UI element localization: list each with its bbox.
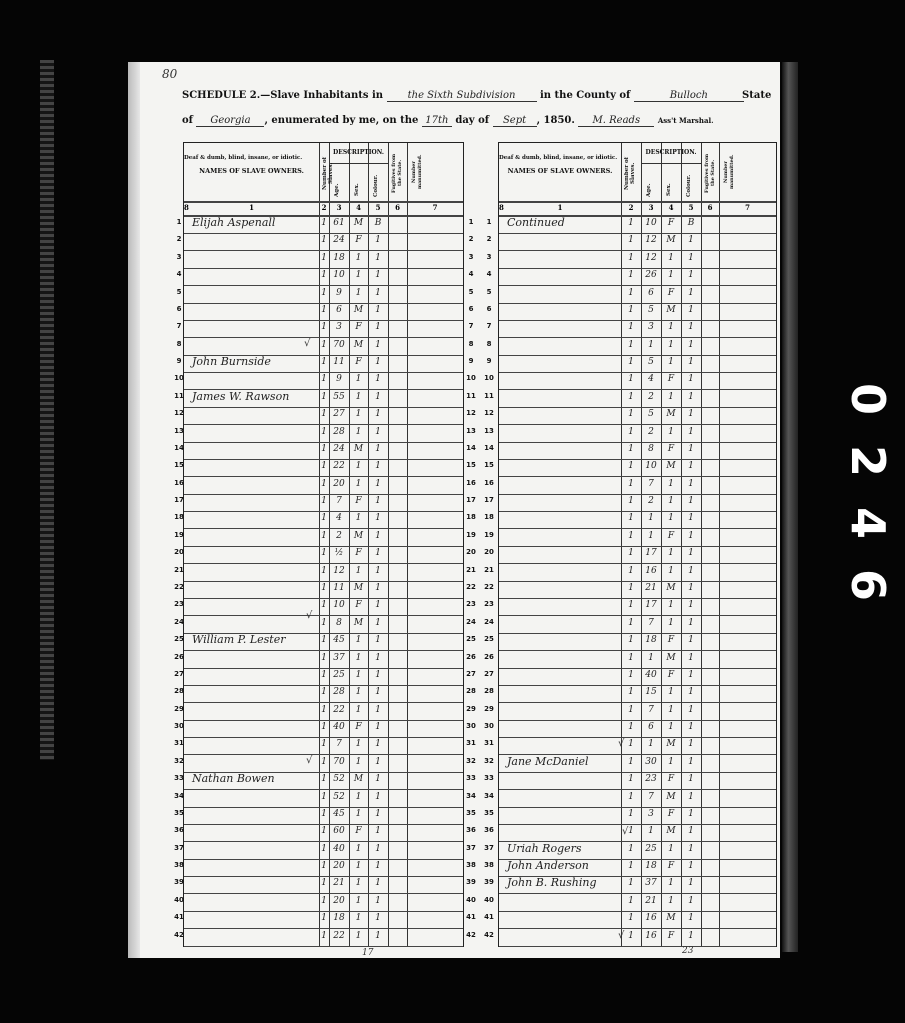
row-number: 28 xyxy=(482,687,496,695)
table-row: 1611 xyxy=(499,720,776,737)
slave-count: 1 xyxy=(319,444,329,454)
column-number: 1 xyxy=(184,203,319,212)
row-number: 20 xyxy=(482,548,496,556)
sex-value: 1 xyxy=(349,288,368,298)
row-number: 41 xyxy=(172,913,186,921)
page-number: 80 xyxy=(162,67,177,81)
left-row-numbers: 1234567891011121314151617181920212223242… xyxy=(172,215,186,945)
slave-count: 1 xyxy=(319,826,329,836)
table-row: 124F1 xyxy=(184,233,463,250)
slave-count: 1 xyxy=(319,374,329,384)
colour-value: 1 xyxy=(681,288,701,298)
sex-value: 1 xyxy=(349,635,368,645)
row-number: 1 xyxy=(464,218,478,226)
table-row: 17M1 xyxy=(499,790,776,807)
slave-count: 1 xyxy=(319,687,329,697)
colour-value: 1 xyxy=(681,496,701,506)
left-footer-tally: 17 xyxy=(362,948,373,958)
sex-value: M xyxy=(349,618,368,628)
owner-name: James W. Rawson xyxy=(192,390,289,403)
sex-value: M xyxy=(661,409,681,419)
row-number: 11 xyxy=(482,392,496,400)
age-value: 9 xyxy=(329,288,349,298)
age-value: 40 xyxy=(329,844,349,854)
sex-value: 1 xyxy=(661,600,681,610)
age-value: 20 xyxy=(329,479,349,489)
row-number: 40 xyxy=(464,896,478,904)
colour-value: 1 xyxy=(681,913,701,923)
age-value: 17 xyxy=(641,548,661,558)
row-number: 35 xyxy=(172,809,186,817)
table-row: 18M1 xyxy=(184,616,463,633)
row-number: 21 xyxy=(172,566,186,574)
slave-count: 1 xyxy=(319,496,329,506)
table-row: 1911 xyxy=(184,372,463,389)
age-value: 21 xyxy=(641,583,661,593)
table-row: 12711 xyxy=(184,407,463,424)
colour-value: 1 xyxy=(681,896,701,906)
sex-value: 1 xyxy=(349,757,368,767)
age-value: 11 xyxy=(329,583,349,593)
age-value: 28 xyxy=(329,687,349,697)
slave-count: 1 xyxy=(621,235,641,245)
slave-count: 1 xyxy=(621,461,641,471)
sex-value: 1 xyxy=(661,270,681,280)
slave-count: 1 xyxy=(621,583,641,593)
table-row: 1211 xyxy=(499,494,776,511)
slave-count: 1 xyxy=(319,670,329,680)
table-row: John B. Rushing13711 xyxy=(499,876,776,893)
sex-value: F xyxy=(349,722,368,732)
column-number: 7 xyxy=(407,203,463,212)
colour-value: 1 xyxy=(681,809,701,819)
row-number: 17 xyxy=(482,496,496,504)
colour-value: 1 xyxy=(368,374,388,384)
slave-count: 1 xyxy=(621,374,641,384)
age-value: 37 xyxy=(329,653,349,663)
age-value: 20 xyxy=(329,861,349,871)
frame-digit: 0 xyxy=(837,369,899,429)
frame-digit: 6 xyxy=(837,555,899,615)
check-mark: √ xyxy=(618,738,624,749)
age-value: 3 xyxy=(329,322,349,332)
slave-count: 1 xyxy=(319,513,329,523)
row-number: 39 xyxy=(482,878,496,886)
row-number: 12 xyxy=(482,409,496,417)
colour-value: 1 xyxy=(368,913,388,923)
colour-value: 1 xyxy=(368,618,388,628)
colour-value: 1 xyxy=(368,566,388,576)
colour-value: B xyxy=(368,218,388,228)
age-value: 16 xyxy=(641,913,661,923)
table-row: 1211 xyxy=(499,425,776,442)
sex-value: M xyxy=(661,235,681,245)
table-row: 121M1 xyxy=(499,581,776,598)
sex-value: 1 xyxy=(349,374,368,384)
row-number: 14 xyxy=(464,444,478,452)
owner-name: John Anderson xyxy=(507,859,589,872)
age-value: 18 xyxy=(329,253,349,263)
table-row: 16M1 xyxy=(184,303,463,320)
age-value: 7 xyxy=(641,618,661,628)
age-value: 2 xyxy=(329,531,349,541)
column-number: 6 xyxy=(388,203,407,212)
right-schedule-table: NAMES OF SLAVE OWNERS.Number of Slaves.D… xyxy=(498,142,777,947)
colour-value: 1 xyxy=(368,288,388,298)
colour-value: 1 xyxy=(681,618,701,628)
slave-count: 1 xyxy=(319,705,329,715)
row-number: 3 xyxy=(464,253,478,261)
row-number: 7 xyxy=(482,322,496,330)
check-mark: √ xyxy=(306,610,312,621)
slave-count: 1 xyxy=(319,288,329,298)
column-number: 8 xyxy=(184,203,189,212)
owner-name: William P. Lester xyxy=(192,633,285,646)
age-value: 8 xyxy=(641,444,661,454)
sex-value: 1 xyxy=(661,427,681,437)
age-value: 70 xyxy=(329,757,349,767)
sex-value: 1 xyxy=(661,253,681,263)
colour-value: 1 xyxy=(368,357,388,367)
table-row: 14511 xyxy=(184,807,463,824)
slave-count: 1 xyxy=(621,357,641,367)
table-row: 110M1 xyxy=(499,459,776,476)
row-number: 31 xyxy=(464,739,478,747)
age-value: 21 xyxy=(329,878,349,888)
row-number: 3 xyxy=(172,253,186,261)
slave-count: 1 xyxy=(319,305,329,315)
table-row: 110F1 xyxy=(184,598,463,615)
frame-digit: 4 xyxy=(837,493,899,553)
colour-value: 1 xyxy=(681,774,701,784)
table-row: 116F1 xyxy=(499,929,776,946)
slave-count: 1 xyxy=(621,409,641,419)
row-number: 9 xyxy=(482,357,496,365)
row-number: 1 xyxy=(482,218,496,226)
age-value: 22 xyxy=(329,931,349,941)
marshal-name: M. Reads xyxy=(578,115,654,127)
age-value: 5 xyxy=(641,357,661,367)
slave-count: 1 xyxy=(319,861,329,871)
colour-value: 1 xyxy=(368,461,388,471)
age-value: 10 xyxy=(641,461,661,471)
age-value: 60 xyxy=(329,826,349,836)
column-number: 8 xyxy=(499,203,504,212)
row-number: 39 xyxy=(172,878,186,886)
slave-count: 1 xyxy=(621,496,641,506)
sex-value: M xyxy=(349,444,368,454)
column-number: 2 xyxy=(319,203,329,212)
slave-count: 1 xyxy=(319,635,329,645)
slave-count: 1 xyxy=(319,479,329,489)
sex-value: 1 xyxy=(661,757,681,767)
sex-header: Sex. xyxy=(354,183,360,197)
slave-count: 1 xyxy=(621,792,641,802)
slave-count: 1 xyxy=(319,270,329,280)
age-value: 45 xyxy=(329,635,349,645)
colour-value: 1 xyxy=(368,826,388,836)
row-number: 4 xyxy=(172,270,186,278)
column-number: 1 xyxy=(499,203,621,212)
number-header: Number of Slaves. xyxy=(624,149,636,197)
slave-count: 1 xyxy=(319,722,329,732)
owner-name: Jane McDaniel xyxy=(507,755,589,768)
age-value: 37 xyxy=(641,878,661,888)
age-value: 6 xyxy=(641,722,661,732)
colour-value: 1 xyxy=(681,635,701,645)
row-number: 9 xyxy=(172,357,186,365)
row-number: 11 xyxy=(172,392,186,400)
table-row: 1711 xyxy=(499,616,776,633)
age-value: 10 xyxy=(329,270,349,280)
sex-header: Sex. xyxy=(666,183,672,197)
frame-digit: 2 xyxy=(837,431,899,491)
row-number: 4 xyxy=(482,270,496,278)
age-value: 18 xyxy=(641,635,661,645)
manumitted-header: Number manumitted. xyxy=(411,147,423,197)
age-value: 6 xyxy=(641,288,661,298)
row-number: 1 xyxy=(172,218,186,226)
row-number: 32 xyxy=(172,757,186,765)
colour-value: 1 xyxy=(681,531,701,541)
middle-row-numbers-a: 1234567891011121314151617181920212223242… xyxy=(464,215,478,945)
sex-value: 1 xyxy=(349,653,368,663)
row-number: 23 xyxy=(482,600,496,608)
sex-value: F xyxy=(661,218,681,228)
sex-value: M xyxy=(349,774,368,784)
names-header: NAMES OF SLAVE OWNERS. xyxy=(184,167,319,175)
colour-value: 1 xyxy=(368,844,388,854)
table-row: Continued110FB xyxy=(499,216,776,233)
table-row: 12211 xyxy=(184,703,463,720)
sex-value: 1 xyxy=(349,878,368,888)
sex-value: F xyxy=(661,861,681,871)
age-value: 1 xyxy=(641,513,661,523)
sex-value: 1 xyxy=(661,392,681,402)
row-number: 24 xyxy=(482,618,496,626)
sex-value: F xyxy=(349,357,368,367)
row-number: 2 xyxy=(482,235,496,243)
table-row: 111M1 xyxy=(184,581,463,598)
owner-name: Continued xyxy=(507,216,565,229)
table-row: 1½F1 xyxy=(184,546,463,563)
age-value: 52 xyxy=(329,792,349,802)
table-row: 11511 xyxy=(499,685,776,702)
age-value: 5 xyxy=(641,409,661,419)
age-value: 11 xyxy=(329,357,349,367)
row-number: 34 xyxy=(464,792,478,800)
day-value: 17th xyxy=(422,115,452,127)
row-number: 29 xyxy=(464,705,478,713)
slave-count: 1 xyxy=(319,409,329,419)
colour-value: 1 xyxy=(368,496,388,506)
slave-count: 1 xyxy=(319,739,329,749)
colour-value: 1 xyxy=(368,739,388,749)
row-number: 18 xyxy=(464,513,478,521)
age-value: 7 xyxy=(641,479,661,489)
row-number: 5 xyxy=(172,288,186,296)
age-value: 12 xyxy=(641,235,661,245)
table-row: 11611 xyxy=(499,564,776,581)
row-number: 15 xyxy=(172,461,186,469)
month-value: Sept xyxy=(493,115,537,127)
row-number: 30 xyxy=(172,722,186,730)
sex-value: 1 xyxy=(661,687,681,697)
row-number: 37 xyxy=(464,844,478,852)
row-number: 42 xyxy=(482,931,496,939)
row-number: 19 xyxy=(464,531,478,539)
state-value: Georgia xyxy=(196,115,264,127)
sex-value: 1 xyxy=(661,513,681,523)
description-divider xyxy=(329,163,388,164)
slave-count: 1 xyxy=(621,687,641,697)
sex-value: M xyxy=(661,583,681,593)
sex-value: F xyxy=(661,774,681,784)
table-row: 1711 xyxy=(499,703,776,720)
row-number: 28 xyxy=(464,687,478,695)
colour-value: 1 xyxy=(368,705,388,715)
age-value: 7 xyxy=(329,739,349,749)
column-number: 4 xyxy=(661,203,681,212)
slave-count: 1 xyxy=(621,566,641,576)
table-row: 11211 xyxy=(184,564,463,581)
sex-value: F xyxy=(349,600,368,610)
row-number: 15 xyxy=(464,461,478,469)
age-value: 26 xyxy=(641,270,661,280)
sex-value: M xyxy=(661,653,681,663)
age-value: 18 xyxy=(641,861,661,871)
table-row: Nathan Bowen152M1 xyxy=(184,772,463,789)
age-value: 10 xyxy=(329,600,349,610)
column-number: 6 xyxy=(701,203,719,212)
row-number: 21 xyxy=(464,566,478,574)
colour-value: 1 xyxy=(681,739,701,749)
sex-value: 1 xyxy=(661,618,681,628)
colour-value: 1 xyxy=(681,322,701,332)
colour-value: 1 xyxy=(368,235,388,245)
colour-value: 1 xyxy=(368,687,388,697)
row-number: 25 xyxy=(172,635,186,643)
row-number: 41 xyxy=(482,913,496,921)
column-number: 3 xyxy=(641,203,661,212)
row-number: 20 xyxy=(172,548,186,556)
sex-value: 1 xyxy=(661,479,681,489)
table-row: 11M1 xyxy=(499,651,776,668)
row-number: 8 xyxy=(172,340,186,348)
colour-value: 1 xyxy=(368,427,388,437)
row-number: 22 xyxy=(482,583,496,591)
colour-value: 1 xyxy=(368,792,388,802)
table-row: 18F1 xyxy=(499,442,776,459)
age-value: 6 xyxy=(329,305,349,315)
of-label: of xyxy=(182,115,193,126)
table-row: 170M1 xyxy=(184,338,463,355)
microfilm-frame-number: 0 2 4 6 xyxy=(838,368,898,628)
age-value: 8 xyxy=(329,618,349,628)
slave-count: 1 xyxy=(319,757,329,767)
row-number: 40 xyxy=(482,896,496,904)
row-number: 16 xyxy=(172,479,186,487)
slave-count: 1 xyxy=(319,931,329,941)
colour-value: 1 xyxy=(681,583,701,593)
table-row: 12011 xyxy=(184,477,463,494)
row-number: 6 xyxy=(464,305,478,313)
table-row: 11811 xyxy=(184,911,463,928)
sex-value: M xyxy=(661,792,681,802)
row-number: 36 xyxy=(482,826,496,834)
table-row: 13F1 xyxy=(499,807,776,824)
slave-count: 1 xyxy=(621,270,641,280)
sex-value: F xyxy=(661,931,681,941)
sex-value: 1 xyxy=(349,861,368,871)
sex-value: 1 xyxy=(349,931,368,941)
film-strip-edge xyxy=(40,60,54,760)
row-number: 13 xyxy=(464,427,478,435)
age-value: 4 xyxy=(329,513,349,523)
sex-value: 1 xyxy=(349,270,368,280)
sex-value: M xyxy=(661,305,681,315)
slave-count: 1 xyxy=(621,479,641,489)
colour-value: 1 xyxy=(368,809,388,819)
slave-count: 1 xyxy=(621,705,641,715)
slave-count: 1 xyxy=(319,809,329,819)
table-row: 11M1 xyxy=(499,737,776,754)
slave-count: 1 xyxy=(621,653,641,663)
colour-value: 1 xyxy=(368,444,388,454)
row-number: 20 xyxy=(464,548,478,556)
sex-value: M xyxy=(661,826,681,836)
owner-name: Nathan Bowen xyxy=(192,772,275,785)
age-value: 16 xyxy=(641,566,661,576)
row-number: 33 xyxy=(482,774,496,782)
slave-count: 1 xyxy=(319,774,329,784)
sex-value: 1 xyxy=(349,253,368,263)
column-number: 2 xyxy=(621,203,641,212)
slave-count: 1 xyxy=(621,809,641,819)
colour-value: 1 xyxy=(368,340,388,350)
colour-value: 1 xyxy=(681,826,701,836)
sex-value: 1 xyxy=(349,913,368,923)
sex-value: 1 xyxy=(661,566,681,576)
sex-value: F xyxy=(661,635,681,645)
row-number: 5 xyxy=(464,288,478,296)
slave-count: 1 xyxy=(621,288,641,298)
colour-value: 1 xyxy=(368,479,388,489)
table-row: 12011 xyxy=(184,894,463,911)
row-number: 19 xyxy=(172,531,186,539)
age-value: 70 xyxy=(329,340,349,350)
row-number: 23 xyxy=(464,600,478,608)
sex-value: F xyxy=(661,670,681,680)
age-value: 9 xyxy=(329,374,349,384)
table-row: 12211 xyxy=(184,929,463,946)
row-number: 38 xyxy=(172,861,186,869)
colour-value: 1 xyxy=(681,479,701,489)
table-row: 12811 xyxy=(184,425,463,442)
sex-value: 1 xyxy=(349,427,368,437)
row-number: 14 xyxy=(482,444,496,452)
row-number: 14 xyxy=(172,444,186,452)
table-row: 15M1 xyxy=(499,407,776,424)
table-row: 11M1 xyxy=(499,824,776,841)
row-number: 42 xyxy=(464,931,478,939)
age-value: 4 xyxy=(641,374,661,384)
row-number: 35 xyxy=(482,809,496,817)
owner-name: Uriah Rogers xyxy=(507,842,582,855)
sex-value: 1 xyxy=(661,844,681,854)
description-header: DESCRIPTION. xyxy=(641,149,701,156)
colour-value: 1 xyxy=(681,600,701,610)
